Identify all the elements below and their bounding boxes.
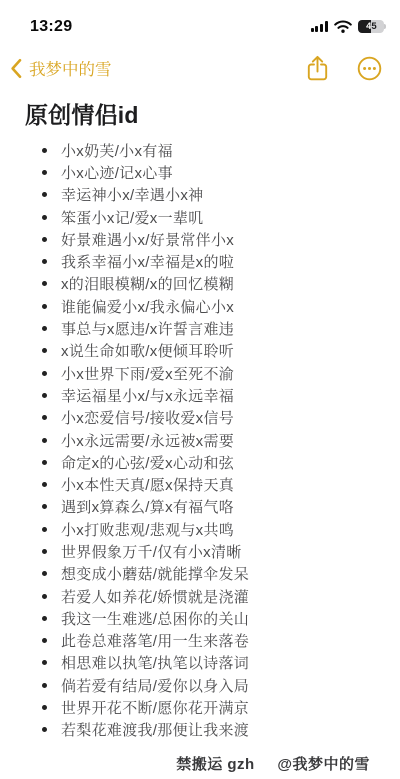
list-item-text: 此卷总难落笔/用一生来落卷 xyxy=(61,630,249,651)
bullet-dot xyxy=(42,683,47,688)
bullet-dot xyxy=(42,170,47,175)
bullet-dot xyxy=(42,259,47,264)
list-item-text: 我这一生难逃/总困你的关山 xyxy=(61,608,249,629)
bullet-dot xyxy=(42,571,47,576)
battery-fill: 4 xyxy=(358,20,372,34)
status-bar: 13:29 4 5 xyxy=(0,0,400,47)
list-item: x说生命如歌/x便倾耳聆听 xyxy=(0,340,400,362)
list-item-text: 小x世界下雨/爱x至死不渝 xyxy=(61,363,234,384)
notes-app-screen: 13:29 4 5 xyxy=(0,0,400,779)
list-item-text: 若梨花难渡我/那便让我来渡 xyxy=(61,719,249,740)
bullet-dot xyxy=(42,304,47,309)
list-item: 我这一生难逃/总困你的关山 xyxy=(0,607,400,629)
list-item: 若爱人如养花/娇惯就是浇灌 xyxy=(0,585,400,607)
bullet-dot xyxy=(42,237,47,242)
list-item: 若梨花难渡我/那便让我来渡 xyxy=(0,719,400,741)
list-item-text: 遇到x算森么/算x有福气咯 xyxy=(61,496,234,517)
list-item-text: 小x心迹/记x心事 xyxy=(61,162,173,183)
list-item: 小x恋爱信号/接收爱x信号 xyxy=(0,407,400,429)
list-item: 好景难遇小x/好景常伴小x xyxy=(0,228,400,250)
list-item-text: 若爱人如养花/娇惯就是浇灌 xyxy=(61,586,249,607)
list-item-text: 想变成小蘑菇/就能撑伞发呆 xyxy=(61,563,249,584)
list-item-text: 小x奶芙/小x有福 xyxy=(61,140,173,161)
list-item: 世界假象万千/仅有小x清晰 xyxy=(0,540,400,562)
bullet-dot xyxy=(42,727,47,732)
bullet-dot xyxy=(42,527,47,532)
list-item-text: 小x永远需要/永远被x需要 xyxy=(61,430,234,451)
bullet-dot xyxy=(42,281,47,286)
list-item-text: 世界假象万千/仅有小x清晰 xyxy=(61,541,242,562)
chevron-left-icon xyxy=(10,58,22,79)
list-item: 命定x的心弦/爱x心动和弦 xyxy=(0,451,400,473)
bullet-dot xyxy=(42,616,47,621)
list-item: 小x打败悲观/悲观与x共鸣 xyxy=(0,518,400,540)
list-item: 相思难以执笔/执笔以诗落词 xyxy=(0,652,400,674)
nav-bar: 我梦中的雪 xyxy=(0,47,400,89)
list-item: 我系幸福小x/幸福是x的啦 xyxy=(0,250,400,272)
list-item-text: 世界开花不断/愿你花开满京 xyxy=(61,697,249,718)
bullet-dot xyxy=(42,393,47,398)
bullet-dot xyxy=(42,482,47,487)
list-item-text: 相思难以执笔/执笔以诗落词 xyxy=(61,652,249,673)
list-item: 小x永远需要/永远被x需要 xyxy=(0,429,400,451)
list-item-text: 我系幸福小x/幸福是x的啦 xyxy=(61,251,234,272)
list-item-text: 小x恋爱信号/接收爱x信号 xyxy=(61,407,234,428)
bullet-dot xyxy=(42,415,47,420)
list-item: 谁能偏爱小x/我永偏心小x xyxy=(0,295,400,317)
list-item: 事总与x愿违/x许誓言难违 xyxy=(0,317,400,339)
cellular-signal-icon xyxy=(311,21,328,32)
list-item: 笨蛋小x记/爱x一辈叽 xyxy=(0,206,400,228)
list-item: 小x奶芙/小x有福 xyxy=(0,139,400,161)
bullet-dot xyxy=(42,192,47,197)
bullet-dot xyxy=(42,504,47,509)
share-button[interactable] xyxy=(306,55,329,82)
bullet-dot xyxy=(42,215,47,220)
list-item-text: x说生命如歌/x便倾耳聆听 xyxy=(61,340,234,361)
status-time: 13:29 xyxy=(30,18,72,36)
list-item: 遇到x算森么/算x有福气咯 xyxy=(0,496,400,518)
list-item-text: 倘若爱有结局/爱你以身入局 xyxy=(61,675,249,696)
back-button-label: 我梦中的雪 xyxy=(29,56,112,80)
bullet-dot xyxy=(42,460,47,465)
battery-cap xyxy=(384,24,386,29)
list-item: 此卷总难落笔/用一生来落卷 xyxy=(0,630,400,652)
bullet-dot xyxy=(42,148,47,153)
bullet-dot xyxy=(42,348,47,353)
battery-icon: 4 5 xyxy=(358,20,386,34)
battery-remainder: 5 xyxy=(371,20,383,34)
bullet-dot xyxy=(42,549,47,554)
list-item-text: 命定x的心弦/爱x心动和弦 xyxy=(61,452,234,473)
note-title: 原创情侣id xyxy=(25,97,400,130)
footer-author: @我梦中的雪 xyxy=(277,756,370,773)
list-item: 想变成小蘑菇/就能撑伞发呆 xyxy=(0,563,400,585)
list-item-text: x的泪眼模糊/x的回忆模糊 xyxy=(61,273,234,294)
list-item-text: 谁能偏爱小x/我永偏心小x xyxy=(61,296,234,317)
list-item: 小x本性天真/愿x保持天真 xyxy=(0,473,400,495)
bullet-dot xyxy=(42,438,47,443)
bullet-dot xyxy=(42,371,47,376)
bullet-dot xyxy=(42,660,47,665)
bullet-dot xyxy=(42,594,47,599)
bullet-dot xyxy=(42,705,47,710)
list-item-text: 小x打败悲观/悲观与x共鸣 xyxy=(61,519,234,540)
battery-digit-right: 5 xyxy=(371,22,376,32)
bullet-dot xyxy=(42,638,47,643)
list-item-text: 好景难遇小x/好景常伴小x xyxy=(61,229,234,250)
list-item-text: 幸运神小x/幸遇小x神 xyxy=(61,184,203,205)
list-item-text: 幸运福星小x/与x永远幸福 xyxy=(61,385,234,406)
id-list: 小x奶芙/小x有福小x心迹/记x心事幸运神小x/幸遇小x神笨蛋小x记/爱x一辈叽… xyxy=(0,139,400,741)
list-item: 幸运福星小x/与x永远幸福 xyxy=(0,384,400,406)
list-item-text: 笨蛋小x记/爱x一辈叽 xyxy=(61,207,203,228)
list-item: 倘若爱有结局/爱你以身入局 xyxy=(0,674,400,696)
list-item-text: 事总与x愿违/x许誓言难违 xyxy=(61,318,234,339)
back-button[interactable]: 我梦中的雪 xyxy=(10,56,112,80)
wifi-icon xyxy=(334,20,352,33)
more-button[interactable] xyxy=(357,56,382,81)
footer-warning: 禁搬运 gzh xyxy=(176,756,255,773)
list-item: x的泪眼模糊/x的回忆模糊 xyxy=(0,273,400,295)
list-item: 小x世界下雨/爱x至死不渝 xyxy=(0,362,400,384)
list-item: 幸运神小x/幸遇小x神 xyxy=(0,184,400,206)
note-footer: 禁搬运 gzh @我梦中的雪 xyxy=(0,753,400,774)
list-item: 小x心迹/记x心事 xyxy=(0,161,400,183)
bullet-dot xyxy=(42,326,47,331)
list-item: 世界开花不断/愿你花开满京 xyxy=(0,696,400,718)
list-item-text: 小x本性天真/愿x保持天真 xyxy=(61,474,234,495)
